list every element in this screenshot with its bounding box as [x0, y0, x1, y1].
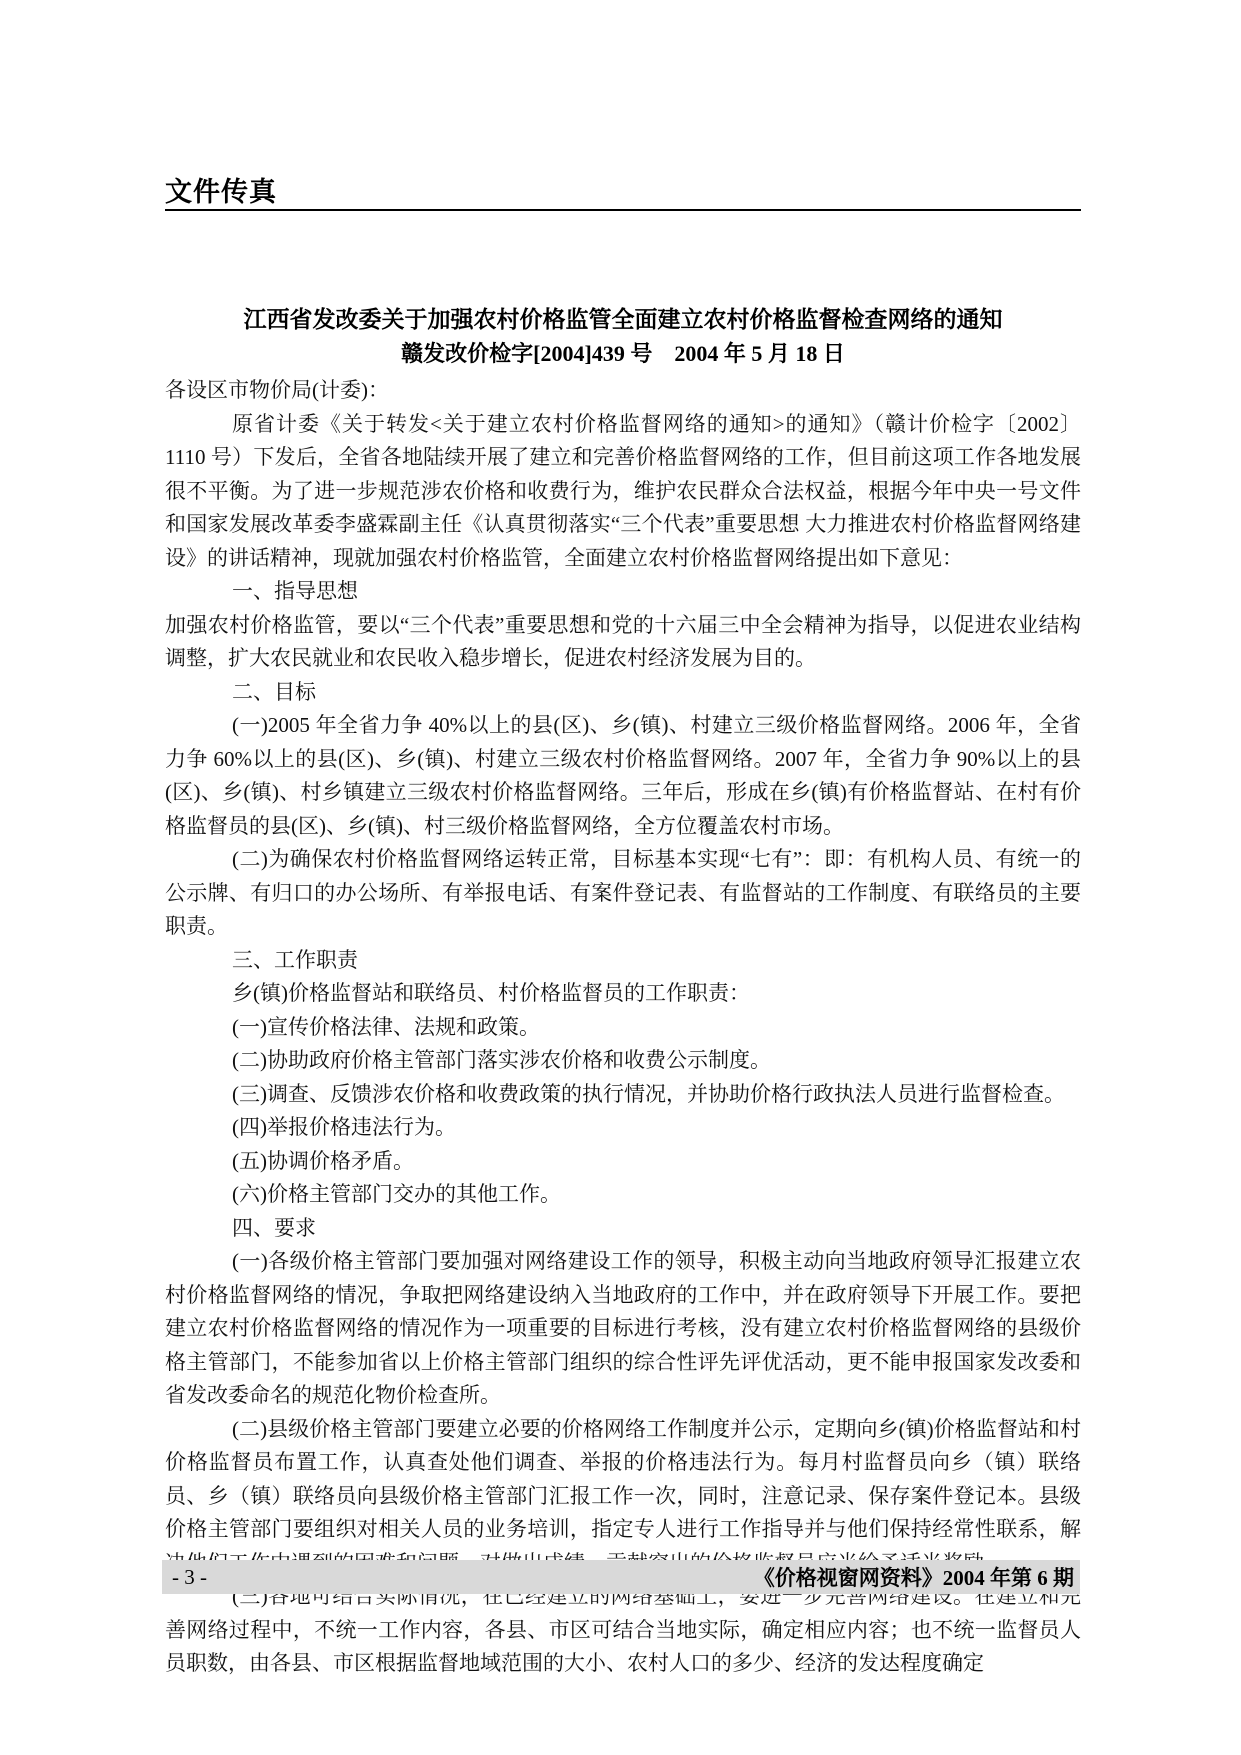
document-body: 江西省发改委关于加强农村价格监管全面建立农村价格监督检查网络的通知 赣发改价检字…	[165, 303, 1081, 1681]
document-title: 江西省发改委关于加强农村价格监管全面建立农村价格监督检查网络的通知	[165, 303, 1081, 337]
paragraph: 一、指导思想	[165, 575, 1081, 609]
masthead-label: 文件传真	[165, 170, 277, 209]
paragraph: 原省计委《关于转发<关于建立农村价格监督网络的通知>的通知》（赣计价检字〔200…	[165, 408, 1081, 576]
paragraph: (一)2005 年全省力争 40%以上的县(区)、乡(镇)、村建立三级价格监督网…	[165, 709, 1081, 843]
paragraph: (二)县级价格主管部门要建立必要的价格网络工作制度并公示，定期向乡(镇)价格监督…	[165, 1413, 1081, 1581]
salutation: 各设区市物价局(计委)：	[165, 374, 1081, 408]
paragraph: 加强农村价格监管，要以“三个代表”重要思想和党的十六届三中全会精神为指导，以促进…	[165, 609, 1081, 676]
paragraph: (一)各级价格主管部门要加强对网络建设工作的领导，积极主动向当地政府领导汇报建立…	[165, 1245, 1081, 1413]
paragraph-list: 原省计委《关于转发<关于建立农村价格监督网络的通知>的通知》（赣计价检字〔200…	[165, 408, 1081, 1681]
footer-source: 《价格视窗网资料》2004 年第 6 期	[754, 1562, 1074, 1592]
page-number: - 3 -	[172, 1565, 207, 1590]
paragraph: (四)举报价格违法行为。	[165, 1111, 1081, 1145]
masthead-rule	[165, 209, 1081, 211]
paragraph: (三)各地可结合实际情况，在已经建立的网络基础上，要进一步完善网络建设。在建立和…	[165, 1580, 1081, 1681]
paragraph: (六)价格主管部门交办的其他工作。	[165, 1178, 1081, 1212]
paragraph: (二)为确保农村价格监督网络运转正常，目标基本实现“七有”：即：有机构人员、有统…	[165, 843, 1081, 944]
document-page: 文件传真 江西省发改委关于加强农村价格监管全面建立农村价格监督检查网络的通知 赣…	[0, 0, 1241, 1755]
paragraph: 三、工作职责	[165, 944, 1081, 978]
paragraph: (二)协助政府价格主管部门落实涉农价格和收费公示制度。	[165, 1044, 1081, 1078]
paragraph: 四、要求	[165, 1212, 1081, 1246]
footer-bar: - 3 - 《价格视窗网资料》2004 年第 6 期	[162, 1560, 1080, 1594]
paragraph: (五)协调价格矛盾。	[165, 1145, 1081, 1179]
paragraph: (一)宣传价格法律、法规和政策。	[165, 1011, 1081, 1045]
document-number-line: 赣发改价检字[2004]439 号 2004 年 5 月 18 日	[165, 337, 1081, 370]
paragraph: 二、目标	[165, 676, 1081, 710]
paragraph: 乡(镇)价格监督站和联络员、村价格监督员的工作职责：	[165, 977, 1081, 1011]
paragraph: (三)调查、反馈涉农价格和收费政策的执行情况，并协助价格行政执法人员进行监督检查…	[165, 1078, 1081, 1112]
